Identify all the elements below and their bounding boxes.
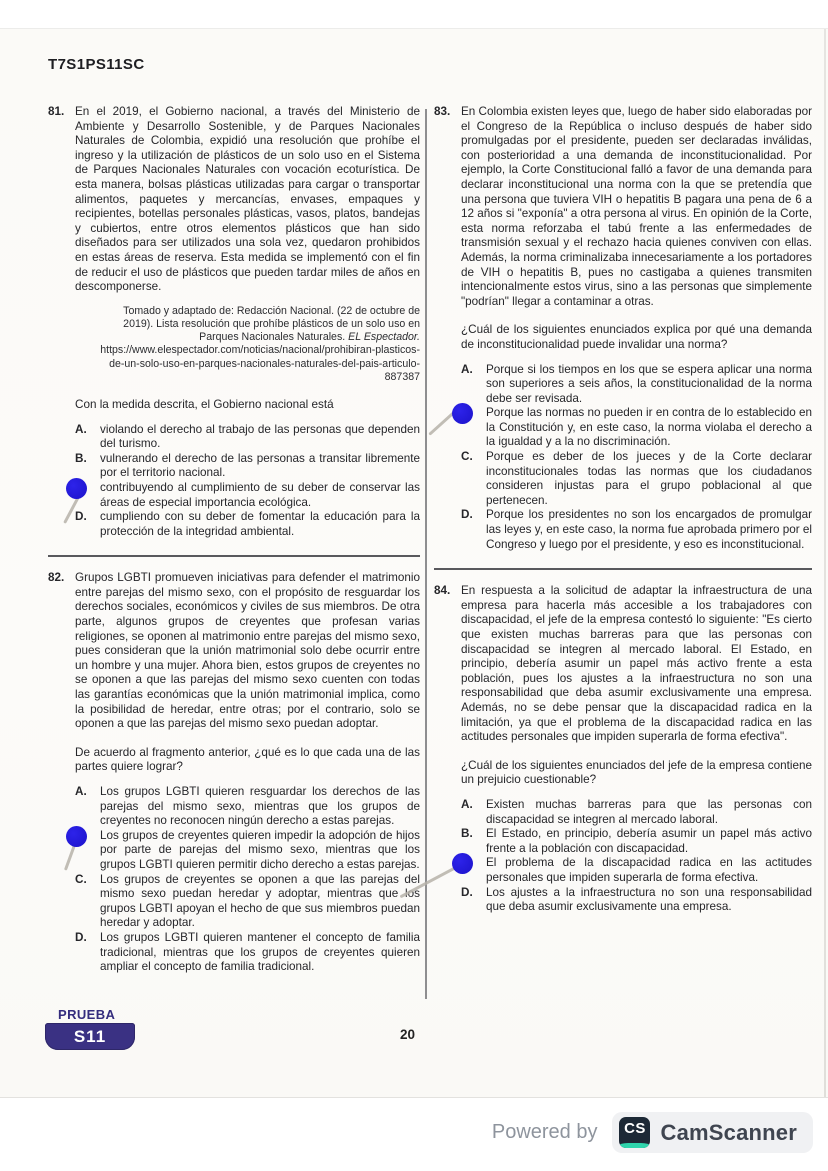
camscanner-pill: CS CamScanner <box>612 1112 813 1153</box>
question-81-options: A. violando el derecho al trabajo de las… <box>75 423 420 540</box>
option-81-b: B. vulnerando el derecho de las personas… <box>75 452 420 481</box>
camscanner-logo-icon: CS <box>619 1117 650 1148</box>
option-82-c: C. Los grupos de creyentes se oponen a q… <box>75 873 420 931</box>
question-81: 81. En el 2019, el Gobierno nacional, a … <box>48 105 420 539</box>
right-column: 83. En Colombia existen leyes que, luego… <box>434 105 812 915</box>
camscanner-footer: Powered by CS CamScanner <box>492 1112 813 1153</box>
question-82-number: 82. <box>48 571 75 974</box>
question-81-number: 81. <box>48 105 75 539</box>
option-81-a: A. violando el derecho al trabajo de las… <box>75 423 420 452</box>
question-81-stem: En el 2019, el Gobierno nacional, a trav… <box>75 105 420 295</box>
question-divider <box>434 568 812 570</box>
blue-answer-dot <box>452 853 473 874</box>
page-number: 20 <box>400 1027 415 1042</box>
option-82-d: D. Los grupos LGBTI quieren mantener el … <box>75 931 420 975</box>
question-divider <box>48 555 420 557</box>
blue-answer-dot <box>66 478 87 499</box>
blue-answer-dot <box>452 403 473 424</box>
scan-paper: T7S1PS11SC 81. En el 2019, el Gobierno n… <box>0 28 828 1098</box>
question-84-prompt: ¿Cuál de los siguientes enunciados del j… <box>461 759 812 788</box>
option-82-a: A. Los grupos LGBTI quieren resguardar l… <box>75 785 420 829</box>
question-82-prompt: De acuerdo al fragmento anterior, ¿qué e… <box>75 746 420 775</box>
blue-answer-dot <box>66 826 87 847</box>
question-83-number: 83. <box>434 105 461 552</box>
option-83-b: B. Porque las normas no pueden ir en con… <box>461 406 812 450</box>
option-81-c: C. contribuyendo al cumplimiento de su d… <box>75 481 420 510</box>
option-82-b: B. Los grupos de creyentes quieren imped… <box>75 829 420 873</box>
option-83-a: A. Porque si los tiempos en los que se e… <box>461 363 812 407</box>
option-84-d: D. Los ajustes a la infraestructura no s… <box>461 886 812 915</box>
powered-by-label: Powered by <box>492 1121 598 1144</box>
column-divider <box>425 109 427 999</box>
option-84-b: B. El Estado, en principio, debería asum… <box>461 827 812 856</box>
scanned-test-page: T7S1PS11SC 81. En el 2019, el Gobierno n… <box>0 0 828 1171</box>
prueba-badge: PRUEBA S11 <box>45 1007 137 1050</box>
question-84-stem: En respuesta a la solicitud de adaptar l… <box>461 584 812 745</box>
option-83-d: D. Porque los presidentes no son los enc… <box>461 508 812 552</box>
question-82-options: A. Los grupos LGBTI quieren resguardar l… <box>75 785 420 975</box>
question-84-options: A. Existen muchas barreras para que las … <box>461 798 812 915</box>
prueba-s11-shape: S11 <box>45 1023 135 1050</box>
question-84: 84. En respuesta a la solicitud de adapt… <box>434 584 812 914</box>
question-83: 83. En Colombia existen leyes que, luego… <box>434 105 812 552</box>
option-84-c: C. El problema de la discapacidad radica… <box>461 856 812 885</box>
option-83-c: C. Porque es deber de los jueces y de la… <box>461 450 812 508</box>
test-code: T7S1PS11SC <box>48 56 145 73</box>
question-83-options: A. Porque si los tiempos en los que se e… <box>461 363 812 553</box>
camscanner-brand: CamScanner <box>660 1120 797 1146</box>
question-82: 82. Grupos LGBTI promueven iniciativas p… <box>48 571 420 974</box>
option-84-a: A. Existen muchas barreras para que las … <box>461 798 812 827</box>
question-83-prompt: ¿Cuál de los siguientes enunciados expli… <box>461 323 812 352</box>
question-83-stem: En Colombia existen leyes que, luego de … <box>461 105 812 309</box>
option-81-d: D. cumpliendo con su deber de fomentar l… <box>75 510 420 539</box>
question-81-prompt: Con la medida descrita, el Gobierno naci… <box>75 398 420 413</box>
question-82-stem: Grupos LGBTI promueven iniciativas para … <box>75 571 420 732</box>
prueba-label: PRUEBA <box>45 1007 137 1022</box>
question-81-citation: Tomado y adaptado de: Redacción Nacional… <box>75 305 420 384</box>
left-column: 81. En el 2019, el Gobierno nacional, a … <box>48 105 420 975</box>
